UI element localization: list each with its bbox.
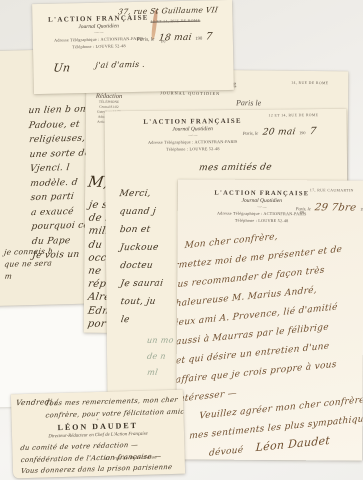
top-letter: L'ACTION FRANÇAISE Journal Quotidien —·—… (32, 0, 234, 94)
printed-address: 12 ET 14, RUE DE ROME (150, 19, 200, 24)
dateline: Paris, le 29 7bre 19 3 (296, 197, 363, 216)
handwriting-line: a exaucé (30, 205, 74, 220)
handwriting-line: religieuses, (28, 133, 86, 148)
letterhead-title: L'ACTION FRANÇAISE (206, 190, 318, 198)
tiny-note: (9) (300, 210, 304, 214)
letterhead-phone: Téléphone : LOUVRE 52-48 (133, 146, 253, 152)
handwriting-line: mes amitiés de (198, 163, 272, 174)
handwriting-line: son parti (30, 191, 75, 206)
printed-address: 17, RUE CAUMARTIN (310, 188, 354, 192)
letterhead: L'ACTION FRANÇAISE Journal Quotidien —·—… (133, 118, 253, 152)
strip-handwriting-lower: je connais h que ne sera m (4, 246, 54, 283)
handwriting-line: rép (87, 278, 107, 291)
handwriting-line: un lien b on (27, 104, 86, 119)
handwriting-line: une sorte de (29, 147, 91, 162)
tiny-note: (9) (161, 39, 166, 43)
body-column: Merci, quand j bon et Juckoue docteu Je … (119, 185, 163, 329)
year-print: 190 (299, 130, 305, 135)
handwriting-line: m (4, 271, 13, 283)
handwritten-address: 37, rue St Guillaume VII (118, 5, 218, 16)
printed-address: 12 ET 14, RUE DE ROME (269, 113, 319, 118)
body-start-fragment: j'ai d'amis . (95, 60, 145, 70)
printed-address: 14, RUE DE ROME (291, 81, 328, 85)
handwriting-line: Un (53, 61, 72, 74)
handwriting-line: du (87, 238, 103, 251)
handwritten-date: 20 mai (262, 127, 296, 137)
dateline: Paris, le 18 mai 190 7 (137, 26, 213, 46)
body-start-flourish: Un (53, 61, 70, 74)
handwriting-line: Merci, (118, 186, 152, 203)
handwriting-line: pourquoi ce (30, 220, 89, 235)
paris-le-print: Paris, le (137, 37, 155, 43)
handwriting-line: j'ai d'amis . (95, 60, 146, 70)
closing-word: dévoué (208, 441, 243, 460)
handwriting-line: ne (87, 265, 102, 278)
visiting-card: Vendredi / Tous mes remerciements, mon c… (11, 390, 185, 479)
body-fragment: mes amitiés de (199, 162, 272, 174)
letter-body: Mon cher confrère, permettez moi de me p… (176, 221, 359, 461)
handwriting-line: de n (146, 349, 167, 365)
handwriting-line: Je saurai (119, 276, 164, 293)
strip-handwriting: un lien b on Padoue, et religieuses, une… (28, 103, 93, 264)
handwriting-line: ml (146, 365, 159, 381)
handwritten-year: 7 (205, 31, 213, 42)
handwriting-line: Juckoue (119, 240, 160, 257)
handwriting-line: un mo (146, 333, 175, 349)
handwriting-line: le (119, 312, 130, 329)
handwriting-line: que ne sera (3, 258, 52, 271)
handwriting-line: Padoue, et (28, 118, 81, 133)
handwriting-line: docteu (119, 258, 154, 275)
letterhead-phone: Téléphone : LOUVRE 52-48 (206, 218, 318, 224)
paris-le-print: Paris, le (243, 131, 259, 136)
handwriting-line: tout, ju (119, 294, 157, 311)
faint-pencil-lines: un mo de n ml (147, 333, 174, 381)
main-letter: L'ACTION FRANÇAISE Journal Quotidien —·—… (176, 179, 363, 460)
dateline: Paris, le 20 mai 190 7 (243, 121, 317, 140)
handwritten-year: 7 (309, 126, 317, 137)
handwriting-line: quand j (118, 204, 157, 221)
photo-of-letters: un lien b on Padoue, et religieuses, une… (0, 0, 363, 480)
year-print: 190 (195, 36, 202, 41)
handwritten-date: 29 7bre (314, 202, 357, 213)
handwriting-line: por (87, 318, 107, 331)
letterhead-title: L'ACTION FRANÇAISE (133, 118, 253, 126)
handwriting-line: Vjenci. l (29, 162, 70, 177)
handwriting-line: 37, rue St Guillaume VII (118, 5, 219, 16)
letterhead-ornament: —·— (133, 133, 253, 138)
handwriting-line: modèle. d (29, 176, 78, 191)
handwriting-line: bon et (118, 222, 151, 239)
letterhead-telegraph: Adresse Télégraphique : ACTIONFRAN-PARIS (133, 139, 253, 145)
